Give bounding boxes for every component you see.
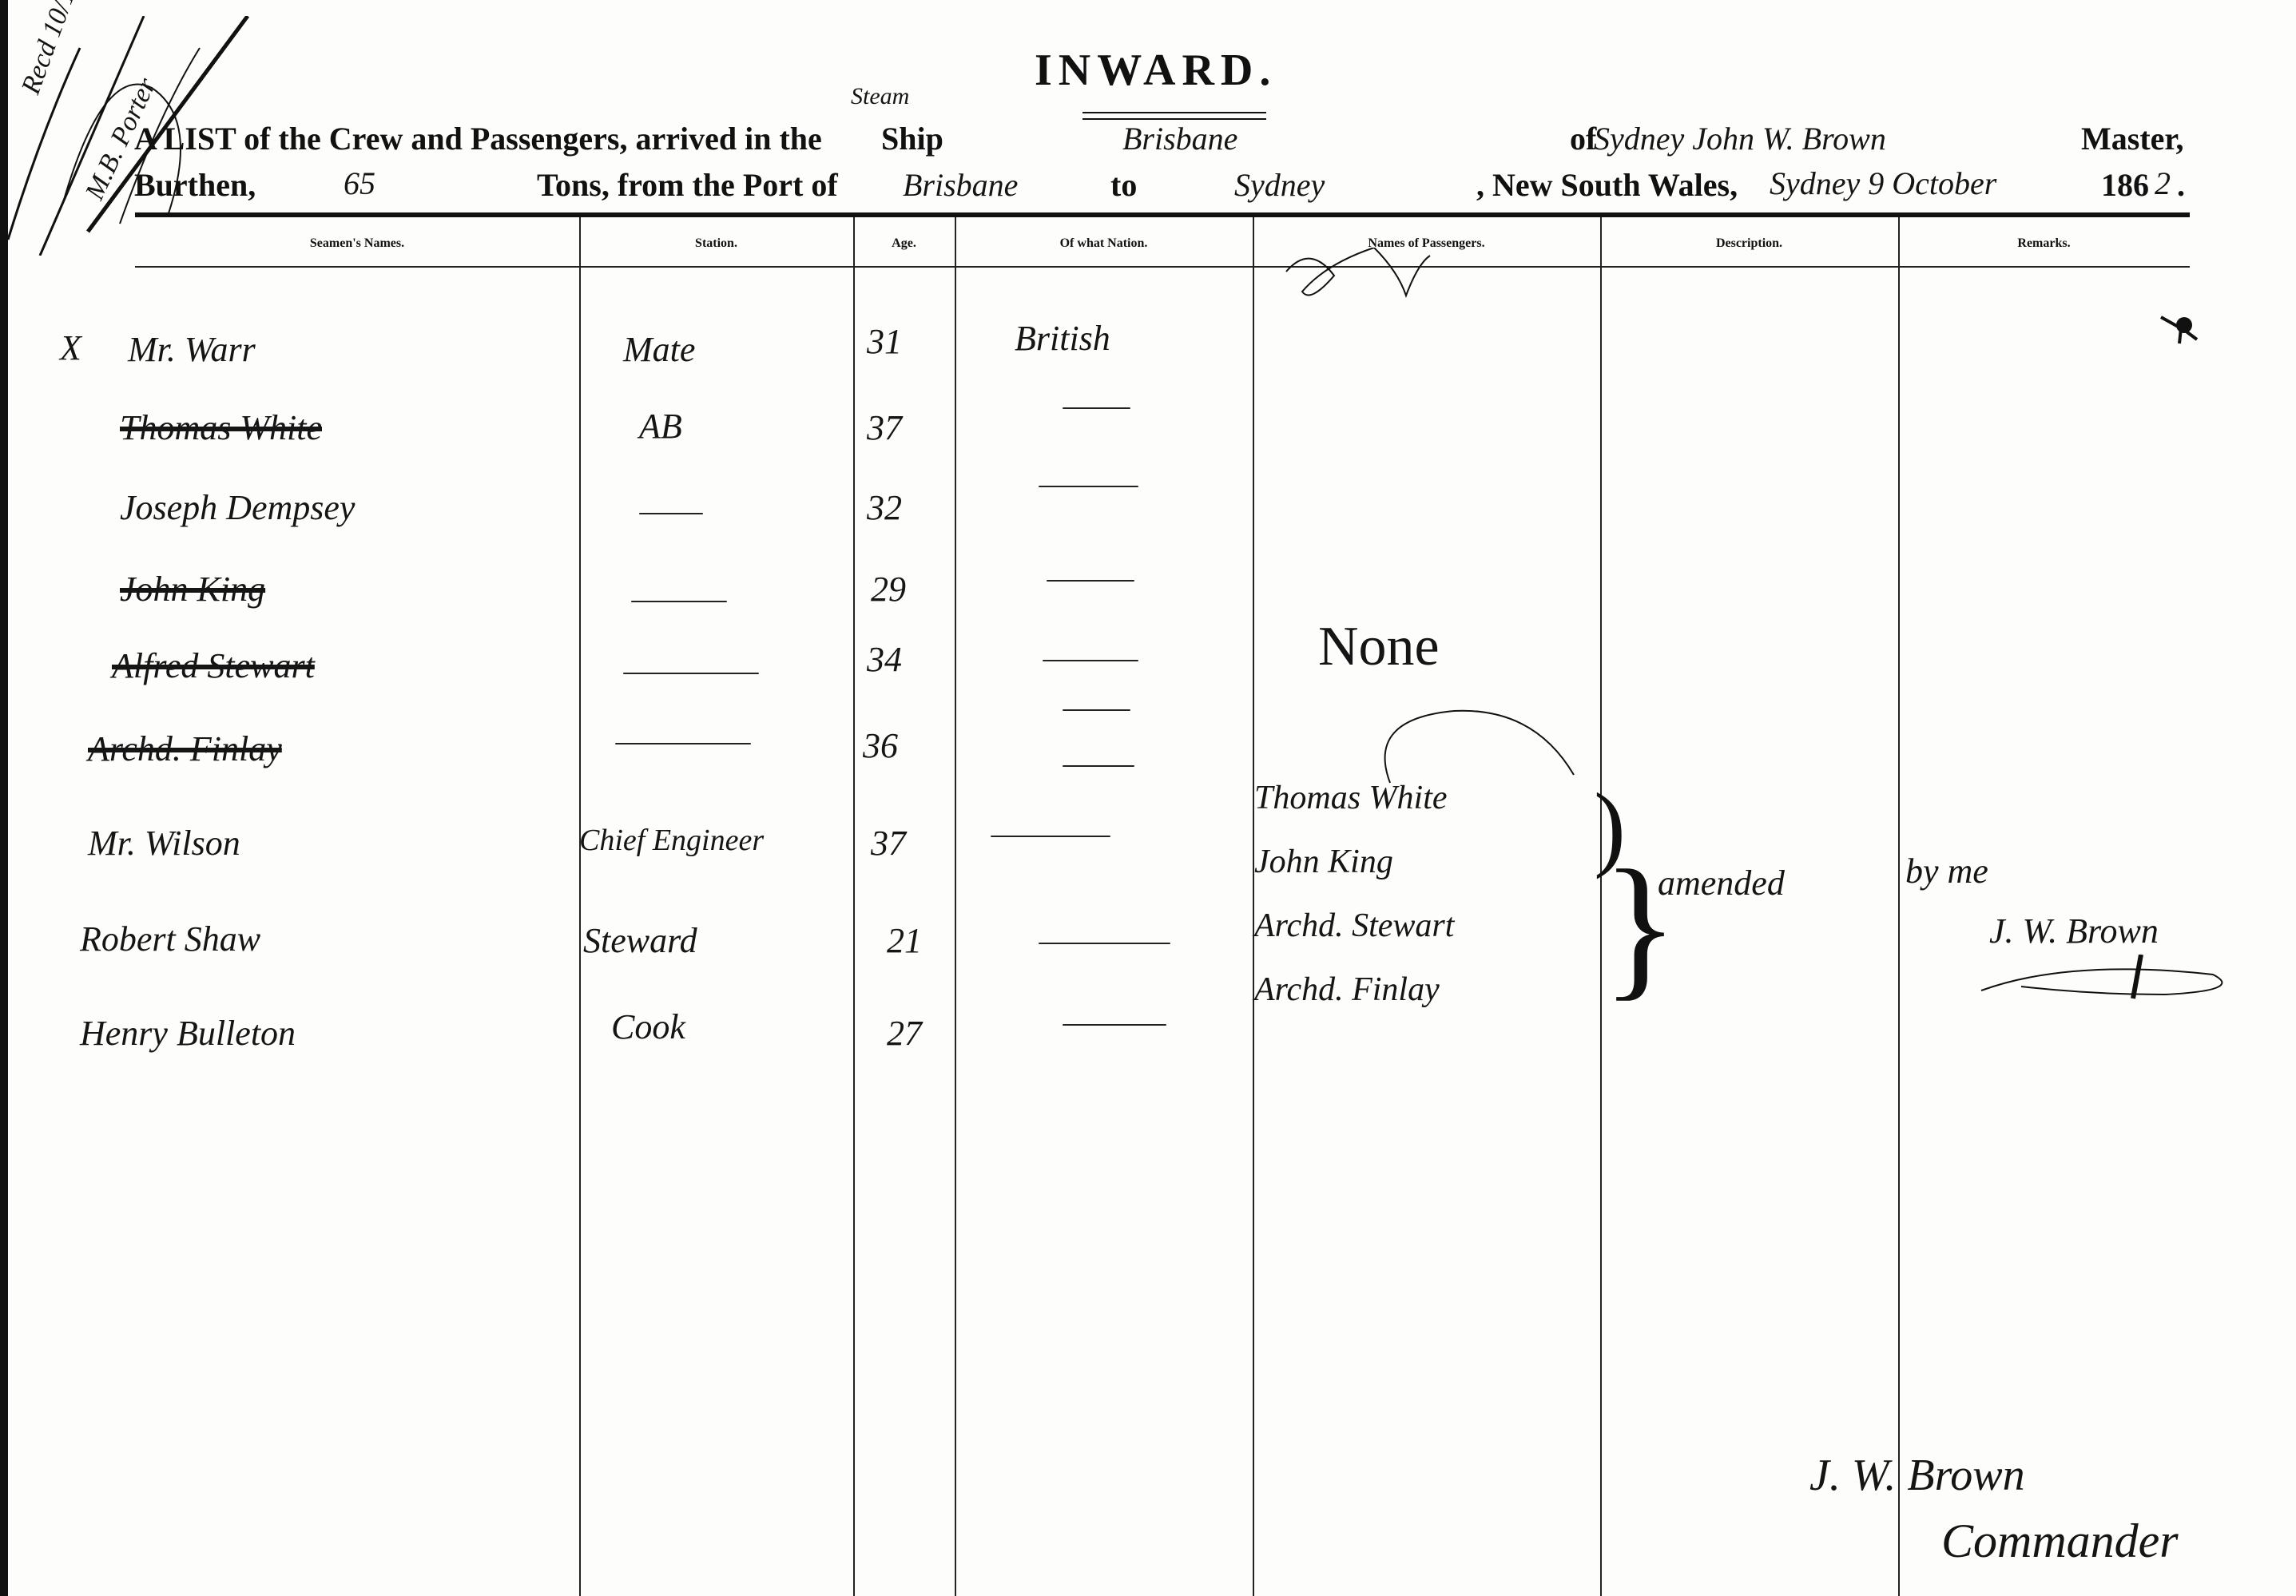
nation-ditto-mark (1039, 486, 1138, 487)
crew-station: Steward (583, 920, 697, 961)
crew-name: Mr. Wilson (88, 823, 240, 864)
to-label: to (1110, 166, 1137, 204)
crew-age: 29 (871, 569, 906, 609)
of-label: of (1570, 120, 1596, 157)
column-header-remarks: Remarks. (1898, 236, 2190, 251)
year-handwritten: 2 (2155, 165, 2171, 202)
crew-name-struck: Alfred Stewart (112, 645, 315, 686)
nation-ditto-mark (1043, 660, 1138, 661)
nation-ditto-mark (1063, 709, 1130, 711)
nsw-label: , New South Wales, (1476, 166, 1738, 204)
crew-age: 37 (867, 407, 902, 448)
passenger-name: Archd. Stewart (1254, 907, 1454, 945)
year-printed: 186 (2101, 166, 2149, 204)
tons-from-port-label: Tons, from the Port of (537, 166, 838, 204)
crew-age: 27 (887, 1013, 922, 1054)
remarks-by-me: by me (1905, 851, 1988, 891)
crew-name-struck: John King (120, 569, 265, 609)
crew-age: 21 (887, 920, 922, 961)
passenger-name: John King (1254, 843, 1393, 881)
commander-title: Commander (1941, 1514, 2179, 1569)
nation-ditto-mark (1039, 943, 1170, 944)
crew-name-struck: Thomas White (120, 407, 322, 448)
master-label: Master, (2081, 120, 2183, 157)
crew-name: Henry Bulleton (80, 1013, 296, 1054)
crew-nation: British (1015, 318, 1110, 359)
nation-ditto-mark (1047, 580, 1134, 582)
column-header-age: Age. (853, 236, 955, 251)
crew-station: AB (639, 406, 682, 447)
nation-ditto-mark (991, 836, 1110, 837)
passenger-loop-flourish (1358, 703, 1598, 791)
station-ditto-mark (639, 513, 703, 514)
crew-age: 37 (871, 823, 906, 864)
passenger-header-scrawl (1278, 248, 1486, 312)
remarks-signature: J. W. Brown (1989, 911, 2159, 951)
column-header-seamens-names: Seamen's Names. (135, 236, 579, 251)
column-divider (579, 217, 581, 1596)
crew-name: Robert Shaw (80, 919, 260, 959)
station-ditto-mark (623, 673, 759, 674)
manifest-page: Recd 10/10/62 M.B. Porter INWARD. A LIST… (0, 0, 2296, 1596)
crew-name: Mr. Warr (128, 329, 256, 370)
passenger-name: Archd. Finlay (1254, 971, 1440, 1009)
ship-label: Ship (881, 120, 943, 157)
column-header-description: Description. (1600, 236, 1898, 251)
ship-name: Brisbane (1122, 120, 1237, 157)
year-period: . (2177, 166, 2185, 204)
nation-ditto-mark (1063, 407, 1130, 409)
crew-name-struck: Archd. Finlay (88, 729, 282, 769)
arrival-date: Sydney 9 October (1770, 165, 1996, 202)
crew-station: Cook (611, 1006, 685, 1047)
nation-ditto-mark (1063, 765, 1134, 767)
from-port: Brisbane (903, 166, 1018, 204)
passenger-name: Thomas White (1254, 779, 1448, 817)
column-header-nation: Of what Nation. (955, 236, 1253, 251)
crew-age: 34 (867, 639, 902, 680)
table-header-rule (135, 266, 2190, 268)
passengers-none: None (1318, 615, 1440, 679)
signature-flourish (1973, 955, 2245, 1010)
burthen-label: Burthen, (134, 166, 256, 204)
ink-blot (2157, 308, 2205, 355)
crew-station: Mate (623, 329, 695, 370)
crew-mark: X (60, 328, 81, 368)
crew-age: 32 (867, 487, 902, 528)
commander-signature: J. W. Brown (1809, 1450, 2025, 1501)
to-port: Sydney (1234, 166, 1325, 204)
header-list-label: A LIST of the Crew and Passengers, arriv… (134, 120, 822, 157)
title-underline (1082, 112, 1266, 120)
nation-ditto-mark (1063, 1024, 1166, 1026)
burthen-value: 65 (344, 165, 375, 202)
crew-age: 36 (863, 725, 898, 766)
column-divider (853, 217, 855, 1596)
page-title: INWARD. (1035, 45, 1277, 96)
crew-station: Chief Engineer (579, 823, 764, 858)
column-divider (1898, 217, 1900, 1596)
description-amended: amended (1658, 863, 1785, 903)
station-ditto-mark (631, 601, 727, 602)
ship-type-handwritten: Steam (851, 83, 909, 110)
crew-age: 31 (867, 321, 902, 362)
owner-master-name: Sydney John W. Brown (1594, 120, 1886, 157)
table-top-rule (135, 212, 2190, 217)
station-ditto-mark (615, 743, 751, 744)
column-header-station: Station. (579, 236, 853, 251)
crew-name: Joseph Dempsey (120, 487, 355, 528)
column-divider (955, 217, 956, 1596)
